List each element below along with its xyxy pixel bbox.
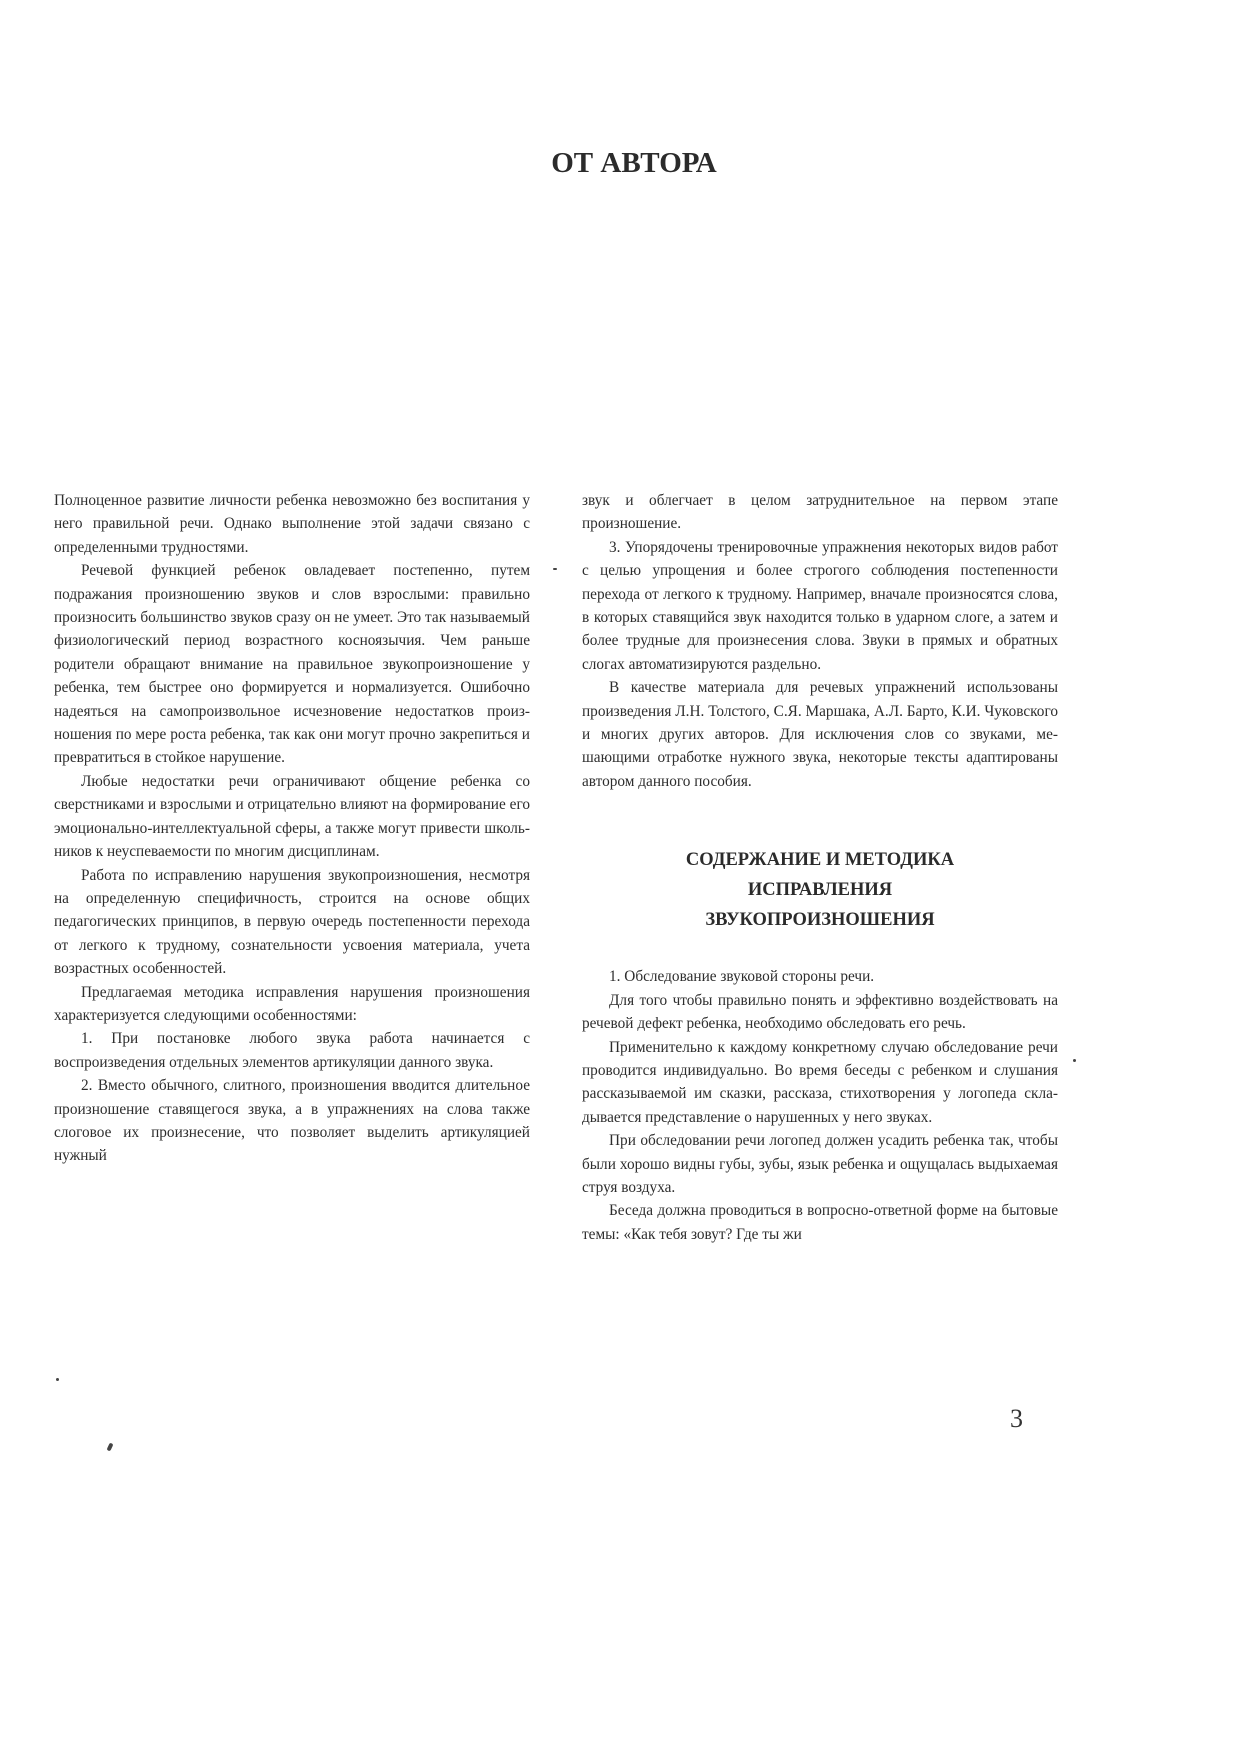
paragraph: Работа по исправлению нарушения звукопро… — [54, 864, 530, 981]
paragraph: Беседа должна проводиться в вопросно-отв… — [582, 1199, 1058, 1246]
scan-speck — [553, 568, 557, 570]
section-heading-line: СОДЕРЖАНИЕ И МЕТОДИКА — [582, 845, 1058, 875]
list-item: 3. Упорядочены тренировочные упражнения … — [582, 536, 1058, 676]
list-item: 2. Вместо обычного, слитного, произношен… — [54, 1074, 530, 1168]
paragraph: Полноценное развитие личности ребенка не… — [54, 489, 530, 559]
paragraph-continuation: звук и облегчает в целом затруднительное… — [582, 489, 1058, 536]
page-title: ОТ АВТОРА — [0, 147, 1240, 180]
paragraph: Любые недостатки речи ограничивают общен… — [54, 770, 530, 864]
paragraph: При обследовании речи логопед должен уса… — [582, 1129, 1058, 1199]
paragraph: Речевой функцией ребенок овладевает пост… — [54, 559, 530, 770]
paragraph: Применительно к каждому конкретному случ… — [582, 1036, 1058, 1130]
scan-speck — [106, 1443, 113, 1452]
scan-speck — [1073, 1059, 1076, 1062]
section-heading: СОДЕРЖАНИЕ И МЕТОДИКА ИСПРАВЛЕНИЯ ЗВУКОП… — [582, 845, 1058, 935]
left-column: Полноценное развитие личности ребенка не… — [54, 489, 530, 1168]
subsection-title: 1. Обследование звуковой стороны речи. — [582, 965, 1058, 988]
list-item: 1. При постановке любого звука работа на… — [54, 1027, 530, 1074]
paragraph: В качестве материала для речевых упражне… — [582, 676, 1058, 793]
section-heading-line: ИСПРАВЛЕНИЯ — [582, 875, 1058, 905]
section-heading-line: ЗВУКОПРОИЗНОШЕНИЯ — [582, 905, 1058, 935]
page-number: 3 — [1010, 1404, 1023, 1434]
right-column: звук и облегчает в целом затруднительное… — [582, 489, 1058, 1246]
paragraph: Для того чтобы правильно понять и эффект… — [582, 989, 1058, 1036]
paragraph: Предлагаемая методика исправления наруше… — [54, 981, 530, 1028]
scan-speck — [56, 1378, 59, 1381]
